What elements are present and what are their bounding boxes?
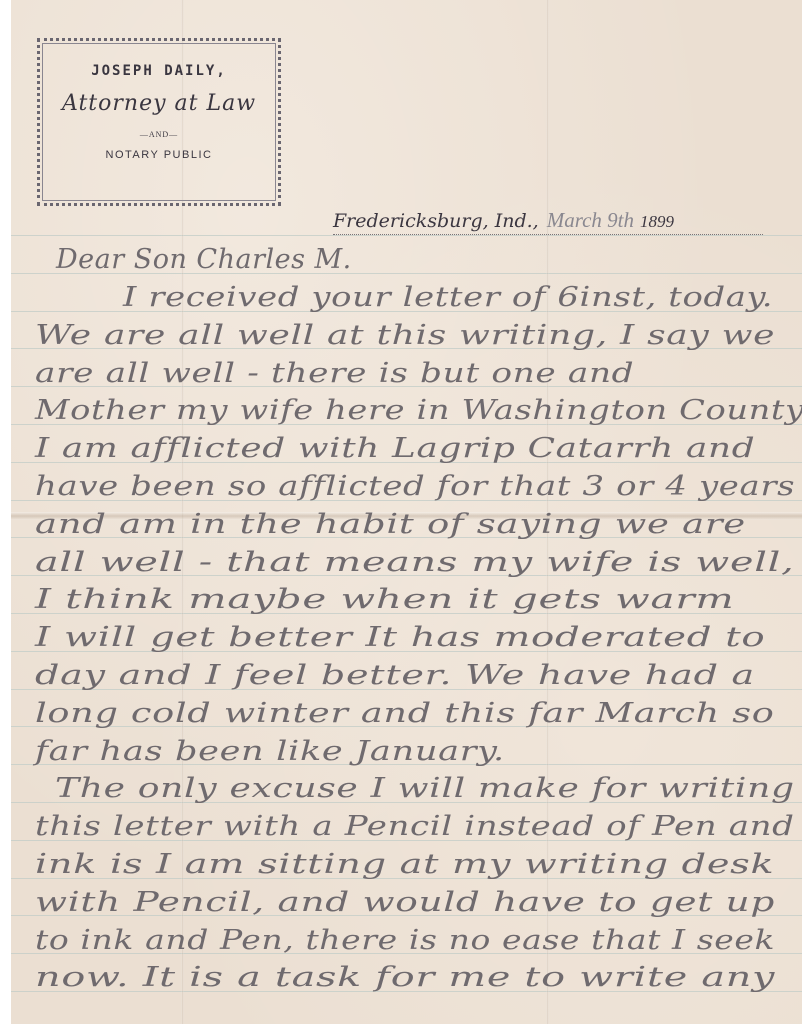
letter-line: all well - that means my wife is well, [35, 547, 794, 578]
letter-line: now. It is a task for me to write any [35, 962, 775, 993]
letter-line: with Pencil, and would have to get up [35, 887, 775, 918]
letter-line: Mother my wife here in Washington County [35, 395, 802, 426]
letter-salutation: Dear Son Charles M. [56, 244, 352, 275]
letter-line: and am in the habit of saying we are [35, 509, 746, 540]
letter-line: have been so afflicted for that 3 or 4 y… [35, 471, 795, 502]
ruled-line [11, 235, 802, 236]
letter-line: day and I feel better. We have had a [35, 660, 755, 691]
dateline: Fredericksburg, Ind., March 9th 1899 [333, 208, 763, 235]
letterhead-subtitle: NOTARY PUBLIC [40, 149, 278, 161]
letter-line: The only excuse I will make for writing [55, 773, 795, 804]
letter-line: I will get better It has moderated to [35, 622, 765, 653]
letter-line: to ink and Pen, there is no ease that I … [35, 925, 775, 956]
letterhead: JOSEPH DAILY, Attorney at Law —AND— NOTA… [37, 38, 281, 206]
letter-line: are all well - there is but one and [35, 358, 634, 389]
letter-line: far has been like January. [35, 736, 505, 767]
letter-line: I received your letter of 6inst, today. [123, 282, 773, 313]
letterhead-connector: —AND— [40, 130, 278, 139]
date-month-day: March 9th [547, 208, 634, 232]
letter-line: ink is I am sitting at my writing desk [35, 849, 774, 880]
letter-line: I think maybe when it gets warm [35, 584, 734, 615]
letter-line: I am afflicted with Lagrip Catarrh and [35, 433, 755, 464]
letterhead-title: Attorney at Law [40, 91, 278, 116]
letter-line: We are all well at this writing, I say w… [35, 320, 775, 351]
letter-line: long cold winter and this far March so [35, 698, 775, 729]
date-place: Fredericksburg, Ind., [333, 210, 539, 232]
date-year: 1899 [640, 212, 674, 231]
letter-line: this letter with a Pencil instead of Pen… [35, 811, 795, 842]
letter-page: JOSEPH DAILY, Attorney at Law —AND— NOTA… [11, 0, 802, 1024]
letterhead-name: JOSEPH DAILY, [40, 63, 278, 79]
